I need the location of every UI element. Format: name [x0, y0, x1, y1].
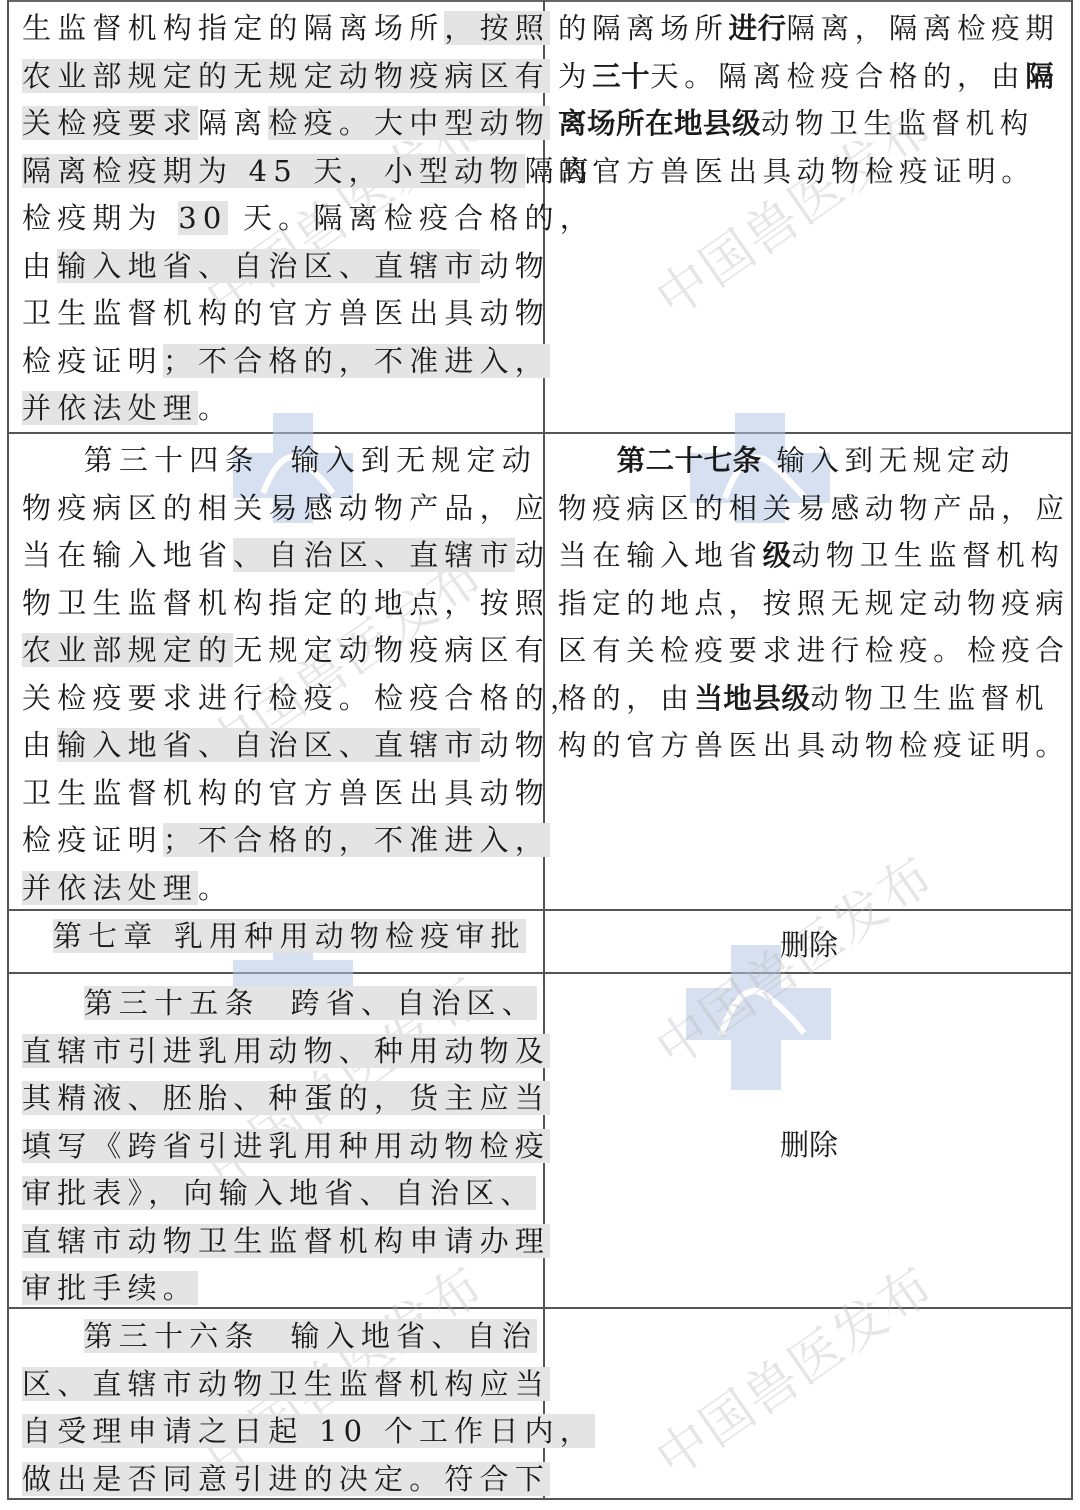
text-line: 第三十四条 输入到无规定动 — [22, 437, 537, 484]
text-line: 当在输入地省级动物卫生监督机构 — [558, 532, 1064, 579]
text-line: 由输入地省、自治区、直辖市动物 — [22, 722, 550, 769]
highlighted-text: 区、直辖市动物卫生监督机构应当 — [22, 1367, 550, 1401]
text-segment — [22, 1319, 84, 1353]
text-segment: 。 — [198, 871, 233, 905]
text-segment: 检疫证明 — [22, 344, 163, 378]
bold-change-text: 三十 — [592, 60, 650, 93]
old-text-cell: 第三十六条 输入地省、自治区、直辖市动物卫生监督机构应当自受理申请之日起 10 … — [22, 1313, 532, 1498]
highlighted-text: 检疫。大中型动物 — [268, 106, 550, 140]
highlighted-text: ；不合格的，不准进入， — [163, 823, 550, 857]
text-line: 的官方兽医出具动物检疫证明。 — [558, 148, 1035, 195]
text-segment: 关检疫要求进行检疫。检疫合格的， — [22, 681, 585, 715]
text-line: 构的官方兽医出具动物检疫证明。 — [558, 722, 1070, 769]
text-segment: 动物卫生监督机 — [810, 682, 1049, 715]
text-segment: 天。隔离检疫合格的， — [228, 201, 595, 235]
text-line: 物疫病区的相关易感动物产品，应 — [558, 485, 1070, 532]
bold-change-text: 当地县级 — [694, 682, 810, 715]
text-line: 做出是否同意引进的决定。符合下 — [22, 1456, 550, 1503]
bold-change-text: 第二十七条 — [617, 444, 762, 477]
text-line: 指定的地点，按照无规定动物疫病 — [558, 580, 1070, 627]
highlighted-text: 审批手续。 — [22, 1271, 198, 1305]
text-line: 检疫证明；不合格的，不准进入， — [22, 817, 550, 864]
old-text-cell: 第三十五条 跨省、自治区、直辖市引进乳用动物、种用动物及其精液、胚胎、种蛋的，货… — [22, 980, 532, 1305]
highlighted-text: 第三十六条 输入地省、自治 — [84, 1319, 537, 1353]
text-segment: 隔离，隔离检疫期 — [787, 12, 1060, 45]
text-segment: 动物卫生监督机构 — [792, 539, 1065, 572]
text-line: 关检疫要求隔离检疫。大中型动物 — [22, 100, 550, 147]
text-line: 审批表》，向输入地省、自治区、 — [22, 1170, 536, 1217]
highlighted-text: 、自治区、直辖市 — [233, 538, 515, 572]
highlighted-text: 30 — [178, 201, 227, 235]
text-line: 由输入地省、自治区、直辖市动物 — [22, 243, 550, 290]
text-segment: 输入到无规定动 — [762, 444, 1015, 477]
highlighted-text: 直辖市引进乳用动物、种用动物及 — [22, 1034, 550, 1068]
text-line: 物疫病区的相关易感动物产品，应 — [22, 485, 550, 532]
text-line: 其精液、胚胎、种蛋的，货主应当 — [22, 1075, 550, 1122]
text-line: 直辖市引进乳用动物、种用动物及 — [22, 1028, 550, 1075]
highlighted-text: 农业部规定的无规定动物疫病区有 — [22, 59, 550, 93]
new-text-cell: 删除 — [558, 980, 1060, 1305]
text-line: 农业部规定的无规定动物疫病区有 — [22, 627, 550, 674]
text-segment — [558, 444, 617, 477]
highlighted-text: 其精液、胚胎、种蛋的，货主应当 — [22, 1081, 550, 1115]
old-text-cell: 生监督机构指定的隔离场所，按照农业部规定的无规定动物疫病区有关检疫要求隔离检疫。… — [22, 5, 532, 430]
highlighted-text: ；不合格的，不准进入， — [163, 344, 550, 378]
text-line: 的隔离场所进行隔离，隔离检疫期 — [558, 5, 1059, 52]
text-line: 第七章 乳用种用动物检疫审批 — [22, 913, 526, 960]
old-text-cell: 第三十四条 输入到无规定动物疫病区的相关易感动物产品，应当在输入地省、自治区、直… — [22, 437, 532, 907]
text-segment: 由 — [22, 249, 57, 283]
bold-change-text: 隔 — [1025, 60, 1054, 93]
text-line: 物卫生监督机构指定的地点，按照 — [22, 580, 550, 627]
text-line: 卫生监督机构的官方兽医出具动物 — [22, 290, 550, 337]
text-segment: 生监督机构指定的隔离场所 — [22, 11, 444, 45]
new-text-cell — [558, 1313, 1060, 1498]
text-segment: 由 — [22, 728, 57, 762]
text-segment: 卫生监督机构的官方兽医出具动物 — [22, 296, 550, 330]
text-segment: 当在输入地省 — [558, 539, 763, 572]
text-segment: 动物 — [480, 249, 550, 283]
text-line: 农业部规定的无规定动物疫病区有 — [22, 53, 550, 100]
old-text-cell: 第七章 乳用种用动物检疫审批 — [22, 913, 532, 969]
highlighted-text: 审批表》，向输入地省、自治区、 — [22, 1176, 536, 1210]
text-line: 第三十六条 输入地省、自治 — [22, 1313, 537, 1360]
text-line: 为三十天。隔离检疫合格的，由隔 — [558, 53, 1054, 100]
text-line: 并依法处理。 — [22, 865, 233, 912]
text-segment: 为 — [558, 60, 592, 93]
text-segment: 区有关检疫要求进行检疫。检疫合 — [558, 634, 1070, 667]
deleted-label: 删除 — [558, 1123, 1060, 1164]
highlighted-text: 第三十五条 跨省、自治区、 — [84, 986, 537, 1020]
text-line: 卫生监督机构的官方兽医出具动物 — [22, 770, 550, 817]
highlighted-text: 输入地省、自治区、直辖市 — [57, 249, 479, 283]
highlighted-text: 自受理申请之日起 10 个工作日内， — [22, 1414, 595, 1448]
text-line: 关检疫要求进行检疫。检疫合格的， — [22, 675, 585, 722]
text-segment: 的官方兽医出具动物检疫证明。 — [558, 155, 1035, 188]
bold-change-text: 离场所在地县级 — [558, 107, 761, 140]
text-line: 当在输入地省、自治区、直辖市动 — [22, 532, 550, 579]
row-divider — [7, 432, 1073, 434]
text-line: 第二十七条 输入到无规定动 — [558, 437, 1015, 484]
text-line: 离场所在地县级动物卫生监督机构 — [558, 100, 1034, 147]
text-segment: 物疫病区的相关易感动物产品，应 — [22, 491, 550, 525]
text-segment: 构的官方兽医出具动物检疫证明。 — [558, 729, 1070, 762]
text-line: 格的，由当地县级动物卫生监督机 — [558, 675, 1049, 722]
text-line: 直辖市动物卫生监督机构申请办理 — [22, 1218, 550, 1265]
text-line: 检疫证明；不合格的，不准进入， — [22, 338, 550, 385]
text-line: 第三十五条 跨省、自治区、 — [22, 980, 537, 1027]
bold-change-text: 进行 — [729, 12, 787, 45]
text-segment: 天。隔离检疫合格的，由 — [650, 60, 1025, 93]
highlighted-text: 隔离检疫期为 45 天，小型动物 — [22, 154, 525, 188]
text-segment: 指定的地点，按照无规定动物疫病 — [558, 587, 1070, 620]
bold-change-text: 级 — [763, 539, 792, 572]
highlighted-text: ，按照 — [444, 11, 550, 45]
text-line: 自受理申请之日起 10 个工作日内， — [22, 1408, 595, 1455]
text-line: 并依法处理。 — [22, 385, 233, 432]
text-segment: 的隔离场所 — [558, 12, 729, 45]
text-segment: 。 — [198, 391, 233, 425]
highlighted-text: 做出是否同意引进的决定。符合下 — [22, 1462, 550, 1496]
deleted-label: 删除 — [558, 923, 1060, 964]
text-line: 区有关检疫要求进行检疫。检疫合 — [558, 627, 1070, 674]
text-segment: 当在输入地省 — [22, 538, 233, 572]
text-segment: 卫生监督机构的官方兽医出具动物 — [22, 776, 550, 810]
text-segment: 检疫证明 — [22, 823, 163, 857]
text-line: 审批手续。 — [22, 1265, 198, 1312]
text-segment: 检疫期为 — [22, 201, 178, 235]
text-line: 隔离检疫期为 45 天，小型动物隔离 — [22, 148, 595, 195]
text-segment: 动物卫生监督机构 — [761, 107, 1034, 140]
text-segment: 动物 — [480, 728, 550, 762]
highlighted-text: 农业部规定的 — [22, 633, 233, 667]
row-divider — [7, 972, 1073, 974]
text-segment — [22, 986, 84, 1020]
text-segment: 第三十四条 输入到无规定动 — [22, 443, 537, 477]
highlighted-text: 输入地省、自治区、直辖市 — [57, 728, 479, 762]
highlighted-text: 关检疫要求 — [22, 106, 198, 140]
text-segment: 格的，由 — [558, 682, 694, 715]
highlighted-text: 直辖市动物卫生监督机构申请办理 — [22, 1224, 550, 1258]
new-text-cell: 第二十七条 输入到无规定动物疫病区的相关易感动物产品，应当在输入地省级动物卫生监… — [558, 437, 1060, 907]
text-segment: 物卫生监督机构指定的地点，按照 — [22, 586, 550, 620]
highlighted-text: 填写《跨省引进乳用种用动物检疫 — [22, 1129, 550, 1163]
highlighted-text: 并依法处理 — [22, 871, 198, 905]
text-segment: 隔离 — [198, 106, 268, 140]
text-line: 生监督机构指定的隔离场所，按照 — [22, 5, 550, 52]
text-line: 区、直辖市动物卫生监督机构应当 — [22, 1361, 550, 1408]
text-segment: 动 — [515, 538, 550, 572]
text-segment: 物疫病区的相关易感动物产品，应 — [558, 492, 1070, 525]
new-text-cell: 的隔离场所进行隔离，隔离检疫期为三十天。隔离检疫合格的，由隔离场所在地县级动物卫… — [558, 5, 1060, 430]
text-segment: 无规定动物疫病区有 — [233, 633, 550, 667]
highlighted-text: 并依法处理 — [22, 391, 198, 425]
highlighted-text: 第七章 乳用种用动物检疫审批 — [53, 919, 526, 953]
text-segment — [22, 919, 53, 953]
new-text-cell: 删除 — [558, 913, 1060, 969]
text-line: 检疫期为 30 天。隔离检疫合格的， — [22, 195, 595, 242]
text-line: 填写《跨省引进乳用种用动物检疫 — [22, 1123, 550, 1170]
